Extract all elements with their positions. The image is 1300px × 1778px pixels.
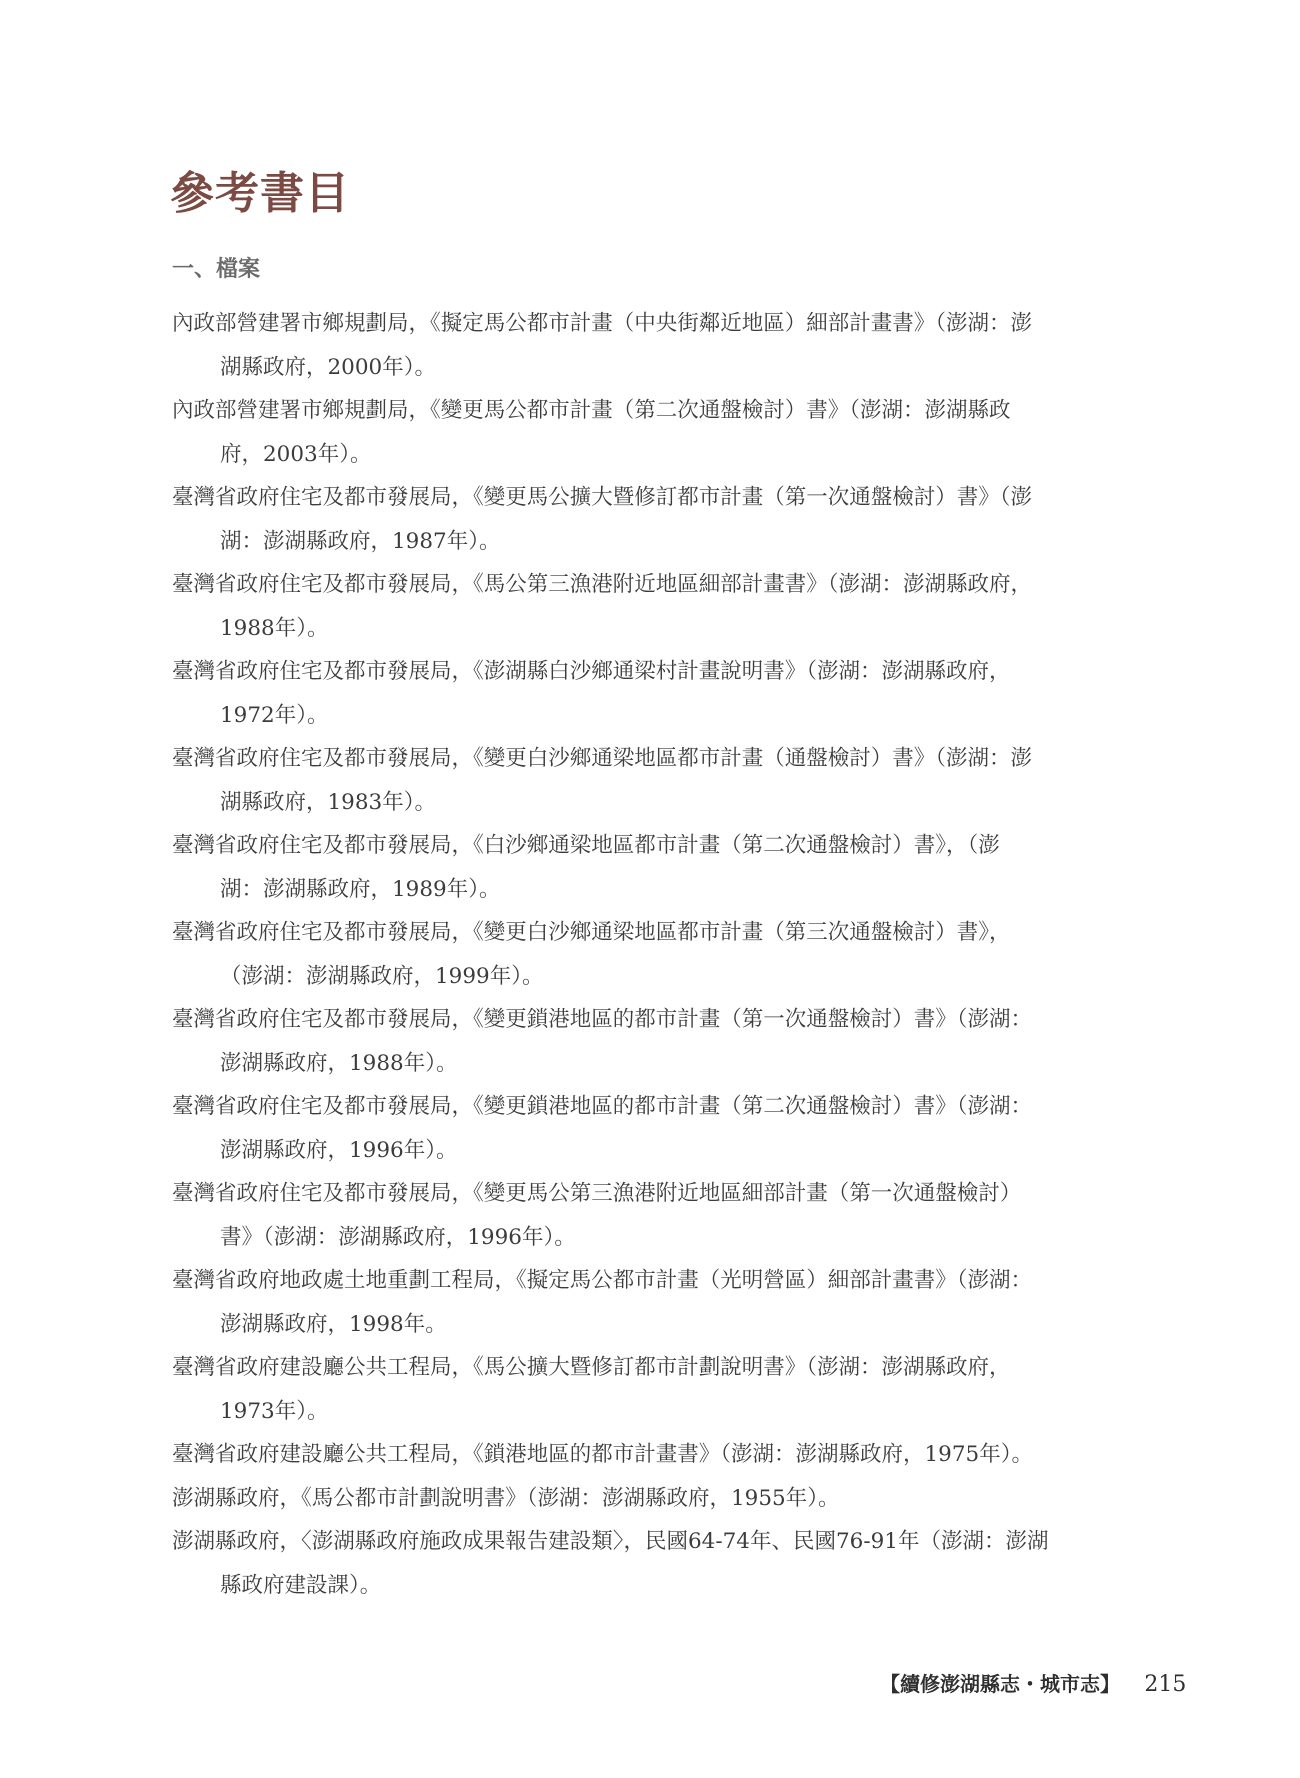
reference-line-continuation: 湖：澎湖縣政府，1989年）。 bbox=[172, 868, 1138, 912]
reference-line-continuation: 1972年）。 bbox=[172, 694, 1138, 738]
reference-line: 臺灣省政府住宅及都市發展局，《馬公第三漁港附近地區細部計畫書》（澎湖：澎湖縣政府… bbox=[172, 563, 1138, 607]
reference-line: 臺灣省政府住宅及都市發展局，《變更鎖港地區的都市計畫（第一次通盤檢討）書》（澎湖… bbox=[172, 998, 1138, 1042]
reference-line-continuation: 1973年）。 bbox=[172, 1390, 1138, 1434]
reference-line: 臺灣省政府住宅及都市發展局，《變更馬公擴大暨修訂都市計畫（第一次通盤檢討）書》（… bbox=[172, 476, 1138, 520]
footer-book-title: 【續修澎湖縣志・城市志】 bbox=[880, 1672, 1120, 1696]
reference-line-continuation: 縣政府建設課）。 bbox=[172, 1564, 1138, 1608]
reference-line: 臺灣省政府住宅及都市發展局，《變更鎖港地區的都市計畫（第二次通盤檢討）書》（澎湖… bbox=[172, 1085, 1138, 1129]
reference-line: 澎湖縣政府，〈澎湖縣政府施政成果報告建設類〉，民國64-74年、民國76-91年… bbox=[172, 1520, 1138, 1564]
reference-entry: 內政部營建署市鄉規劃局，《變更馬公都市計畫（第二次通盤檢討）書》（澎湖：澎湖縣政… bbox=[172, 389, 1138, 476]
document-page: 參考書目 一、檔案 內政部營建署市鄉規劃局，《擬定馬公都市計畫（中央街鄰近地區）… bbox=[0, 0, 1300, 1778]
reference-line: 臺灣省政府地政處土地重劃工程局，《擬定馬公都市計畫（光明營區）細部計畫書》（澎湖… bbox=[172, 1259, 1138, 1303]
page-title: 參考書目 bbox=[170, 168, 350, 220]
reference-line: 內政部營建署市鄉規劃局，《擬定馬公都市計畫（中央街鄰近地區）細部計畫書》（澎湖：… bbox=[172, 302, 1138, 346]
reference-line-continuation: 澎湖縣政府，1998年。 bbox=[172, 1303, 1138, 1347]
reference-entry: 臺灣省政府建設廳公共工程局，《馬公擴大暨修訂都市計劃說明書》（澎湖：澎湖縣政府，… bbox=[172, 1346, 1138, 1433]
reference-line: 臺灣省政府住宅及都市發展局，《變更白沙鄉通梁地區都市計畫（通盤檢討）書》（澎湖：… bbox=[172, 737, 1138, 781]
reference-entry: 臺灣省政府住宅及都市發展局，《馬公第三漁港附近地區細部計畫書》（澎湖：澎湖縣政府… bbox=[172, 563, 1138, 650]
reference-entry: 澎湖縣政府，〈澎湖縣政府施政成果報告建設類〉，民國64-74年、民國76-91年… bbox=[172, 1520, 1138, 1607]
reference-line-continuation: 府，2003年）。 bbox=[172, 433, 1138, 477]
reference-entry: 內政部營建署市鄉規劃局，《擬定馬公都市計畫（中央街鄰近地區）細部計畫書》（澎湖：… bbox=[172, 302, 1138, 389]
reference-line: 臺灣省政府住宅及都市發展局，《變更白沙鄉通梁地區都市計畫（第三次通盤檢討）書》， bbox=[172, 911, 1138, 955]
reference-line-continuation: 澎湖縣政府，1996年）。 bbox=[172, 1129, 1138, 1173]
reference-line-continuation: 1988年）。 bbox=[172, 607, 1138, 651]
reference-line: 臺灣省政府住宅及都市發展局，《變更馬公第三漁港附近地區細部計畫（第一次通盤檢討） bbox=[172, 1172, 1138, 1216]
reference-line-continuation: 湖縣政府，2000年）。 bbox=[172, 346, 1138, 390]
reference-entry: 臺灣省政府住宅及都市發展局，《變更馬公擴大暨修訂都市計畫（第一次通盤檢討）書》（… bbox=[172, 476, 1138, 563]
reference-entry: 臺灣省政府住宅及都市發展局，《變更鎖港地區的都市計畫（第二次通盤檢討）書》（澎湖… bbox=[172, 1085, 1138, 1172]
reference-list: 內政部營建署市鄉規劃局，《擬定馬公都市計畫（中央街鄰近地區）細部計畫書》（澎湖：… bbox=[172, 302, 1138, 1607]
reference-line-continuation: （澎湖：澎湖縣政府，1999年）。 bbox=[172, 955, 1138, 999]
reference-line-continuation: 書》（澎湖：澎湖縣政府，1996年）。 bbox=[172, 1216, 1138, 1260]
reference-entry: 臺灣省政府建設廳公共工程局，《鎖港地區的都市計畫書》（澎湖：澎湖縣政府，1975… bbox=[172, 1433, 1138, 1477]
page-number: 215 bbox=[1144, 1672, 1186, 1697]
reference-entry: 臺灣省政府住宅及都市發展局，《澎湖縣白沙鄉通梁村計畫說明書》（澎湖：澎湖縣政府，… bbox=[172, 650, 1138, 737]
reference-line: 臺灣省政府住宅及都市發展局，《澎湖縣白沙鄉通梁村計畫說明書》（澎湖：澎湖縣政府， bbox=[172, 650, 1138, 694]
reference-line-continuation: 湖：澎湖縣政府，1987年）。 bbox=[172, 520, 1138, 564]
reference-line: 臺灣省政府建設廳公共工程局，《鎖港地區的都市計畫書》（澎湖：澎湖縣政府，1975… bbox=[172, 1433, 1138, 1477]
reference-line: 臺灣省政府住宅及都市發展局，《白沙鄉通梁地區都市計畫（第二次通盤檢討）書》，（澎 bbox=[172, 824, 1138, 868]
reference-line: 內政部營建署市鄉規劃局，《變更馬公都市計畫（第二次通盤檢討）書》（澎湖：澎湖縣政 bbox=[172, 389, 1138, 433]
reference-entry: 臺灣省政府住宅及都市發展局，《變更白沙鄉通梁地區都市計畫（第三次通盤檢討）書》，… bbox=[172, 911, 1138, 998]
reference-entry: 臺灣省政府住宅及都市發展局，《變更鎖港地區的都市計畫（第一次通盤檢討）書》（澎湖… bbox=[172, 998, 1138, 1085]
reference-entry: 臺灣省政府地政處土地重劃工程局，《擬定馬公都市計畫（光明營區）細部計畫書》（澎湖… bbox=[172, 1259, 1138, 1346]
reference-entry: 澎湖縣政府，《馬公都市計劃說明書》（澎湖：澎湖縣政府，1955年）。 bbox=[172, 1477, 1138, 1521]
reference-line-continuation: 湖縣政府，1983年）。 bbox=[172, 781, 1138, 825]
page-footer: 【續修澎湖縣志・城市志】 215 bbox=[880, 1668, 1186, 1701]
reference-entry: 臺灣省政府住宅及都市發展局，《白沙鄉通梁地區都市計畫（第二次通盤檢討）書》，（澎… bbox=[172, 824, 1138, 911]
section-heading-archives: 一、檔案 bbox=[172, 255, 260, 285]
reference-line: 澎湖縣政府，《馬公都市計劃說明書》（澎湖：澎湖縣政府，1955年）。 bbox=[172, 1477, 1138, 1521]
reference-line: 臺灣省政府建設廳公共工程局，《馬公擴大暨修訂都市計劃說明書》（澎湖：澎湖縣政府， bbox=[172, 1346, 1138, 1390]
reference-line-continuation: 澎湖縣政府，1988年）。 bbox=[172, 1042, 1138, 1086]
reference-entry: 臺灣省政府住宅及都市發展局，《變更馬公第三漁港附近地區細部計畫（第一次通盤檢討）… bbox=[172, 1172, 1138, 1259]
reference-entry: 臺灣省政府住宅及都市發展局，《變更白沙鄉通梁地區都市計畫（通盤檢討）書》（澎湖：… bbox=[172, 737, 1138, 824]
